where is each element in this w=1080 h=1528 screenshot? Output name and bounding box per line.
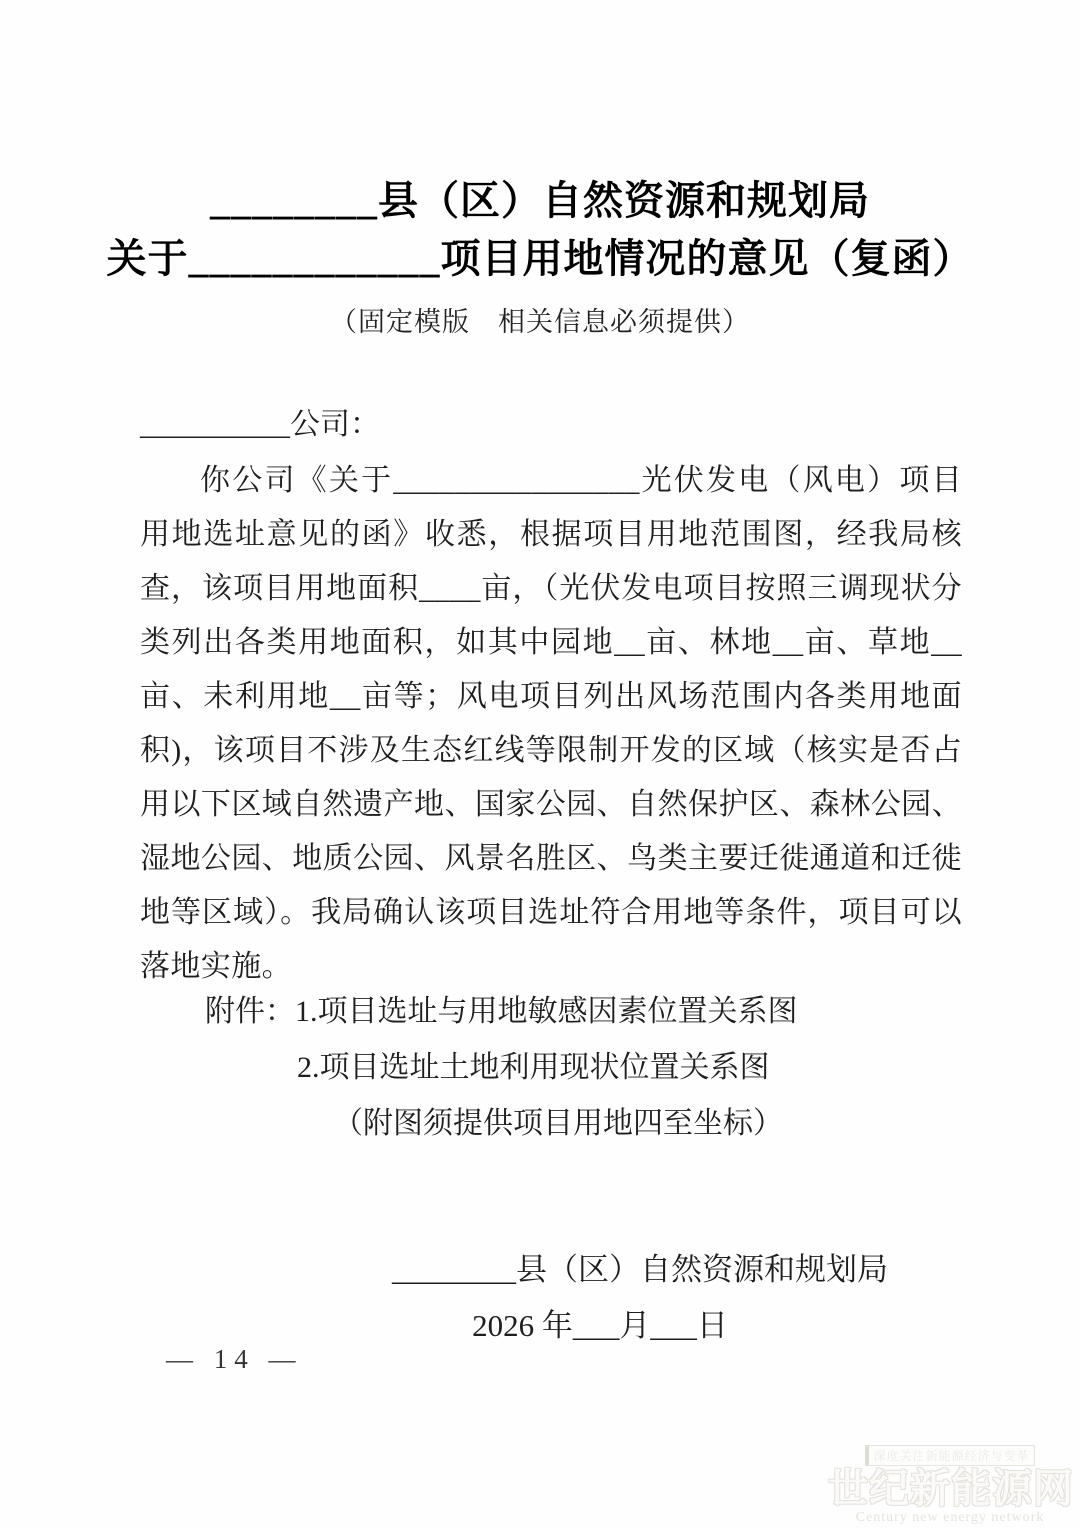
- page-number: — 14 —: [166, 1344, 303, 1375]
- watermark: 深度关注新能源经济与变革 世纪新能源网 Century new energy n…: [828, 1445, 1072, 1526]
- attachment-line-1: 附件：1.项目选址与用地敏感因素位置关系图: [205, 984, 798, 1040]
- body-paragraph: 你公司《关于________________光伏发电（风电）项目用地选址意见的函…: [140, 454, 962, 994]
- document-title-line1: ________县（区）自然资源和规划局: [0, 172, 1080, 230]
- watermark-tagline: 深度关注新能源经济与变革: [865, 1445, 1034, 1466]
- attachment-item-2: 2.项目选址土地利用现状位置关系图: [297, 1040, 798, 1096]
- watermark-english-subtitle: Century new energy network: [828, 1510, 1072, 1526]
- salutation-line: __________公司：: [140, 398, 962, 452]
- attachments-block: 附件：1.项目选址与用地敏感因素位置关系图 2.项目选址土地利用现状位置关系图 …: [205, 984, 798, 1152]
- signature-block: ________县（区）自然资源和规划局 2026 年___月___日: [0, 1242, 1080, 1354]
- document-page: ________县（区）自然资源和规划局 关于____________项目用地情…: [0, 0, 1080, 1528]
- attachments-note: （附图须提供项目用地四至坐标）: [333, 1096, 798, 1152]
- signature-org: ________县（区）自然资源和规划局: [0, 1242, 1080, 1298]
- attachment-item-1: 1.项目选址与用地敏感因素位置关系图: [295, 995, 798, 1028]
- watermark-logo: 世纪新能源网: [828, 1468, 1072, 1510]
- title-block: ________县（区）自然资源和规划局 关于____________项目用地情…: [0, 172, 1080, 339]
- title-note: （固定模版 相关信息必须提供）: [0, 300, 1080, 339]
- document-title-line2: 关于____________项目用地情况的意见（复函）: [0, 230, 1080, 288]
- signature-date: 2026 年___月___日: [0, 1298, 1080, 1354]
- attachments-label: 附件：: [205, 995, 295, 1028]
- letter-body: __________公司： 你公司《关于________________光伏发电…: [140, 398, 962, 994]
